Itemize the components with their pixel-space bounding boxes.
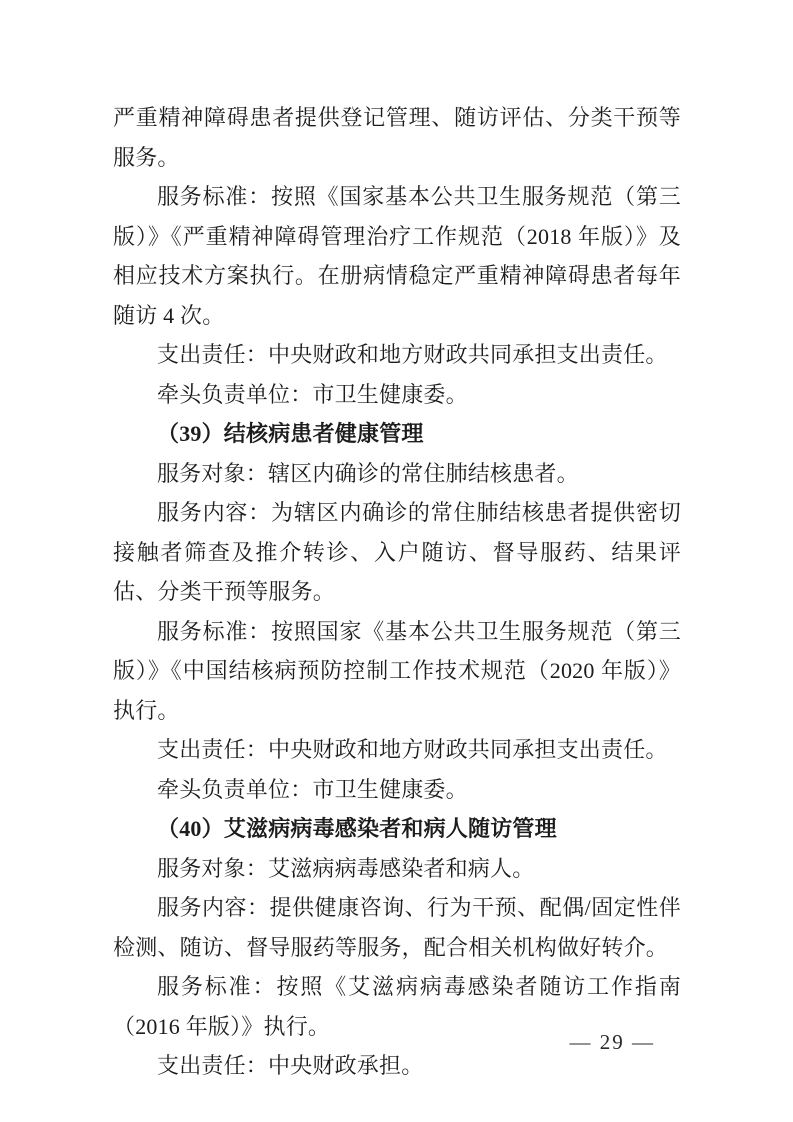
lead-unit-38: 牵头负责单位：市卫生健康委。	[113, 375, 681, 415]
continuation-paragraph: 严重精神障碍患者提供登记管理、随访评估、分类干预等服务。	[113, 98, 681, 177]
service-target-39: 服务对象：辖区内确诊的常住肺结核患者。	[113, 454, 681, 494]
section-heading-39: （39）结核病患者健康管理	[113, 414, 681, 454]
service-content-39: 服务内容：为辖区内确诊的常住肺结核患者提供密切接触者筛查及推介转诊、入户随访、督…	[113, 493, 681, 612]
section-heading-40: （40）艾滋病病毒感染者和病人随访管理	[113, 809, 681, 849]
expenditure-responsibility-39: 支出责任：中央财政和地方财政共同承担支出责任。	[113, 730, 681, 770]
service-target-40: 服务对象：艾滋病病毒感染者和病人。	[113, 849, 681, 889]
lead-unit-39: 牵头负责单位：市卫生健康委。	[113, 770, 681, 810]
document-body: 严重精神障碍患者提供登记管理、随访评估、分类干预等服务。 服务标准：按照《国家基…	[113, 98, 681, 1086]
service-content-40: 服务内容：提供健康咨询、行为干预、配偶/固定性伴检测、随访、督导服药等服务，配合…	[113, 888, 681, 967]
document-page: 严重精神障碍患者提供登记管理、随访评估、分类干预等服务。 服务标准：按照《国家基…	[0, 0, 793, 1122]
expenditure-responsibility-38: 支出责任：中央财政和地方财政共同承担支出责任。	[113, 335, 681, 375]
page-number: — 29 —	[570, 1028, 656, 1056]
service-standard-39: 服务标准：按照国家《基本公共卫生服务规范（第三版）》《中国结核病预防控制工作技术…	[113, 612, 681, 731]
service-standard-38: 服务标准：按照《国家基本公共卫生服务规范（第三版）》《严重精神障碍管理治疗工作规…	[113, 177, 681, 335]
